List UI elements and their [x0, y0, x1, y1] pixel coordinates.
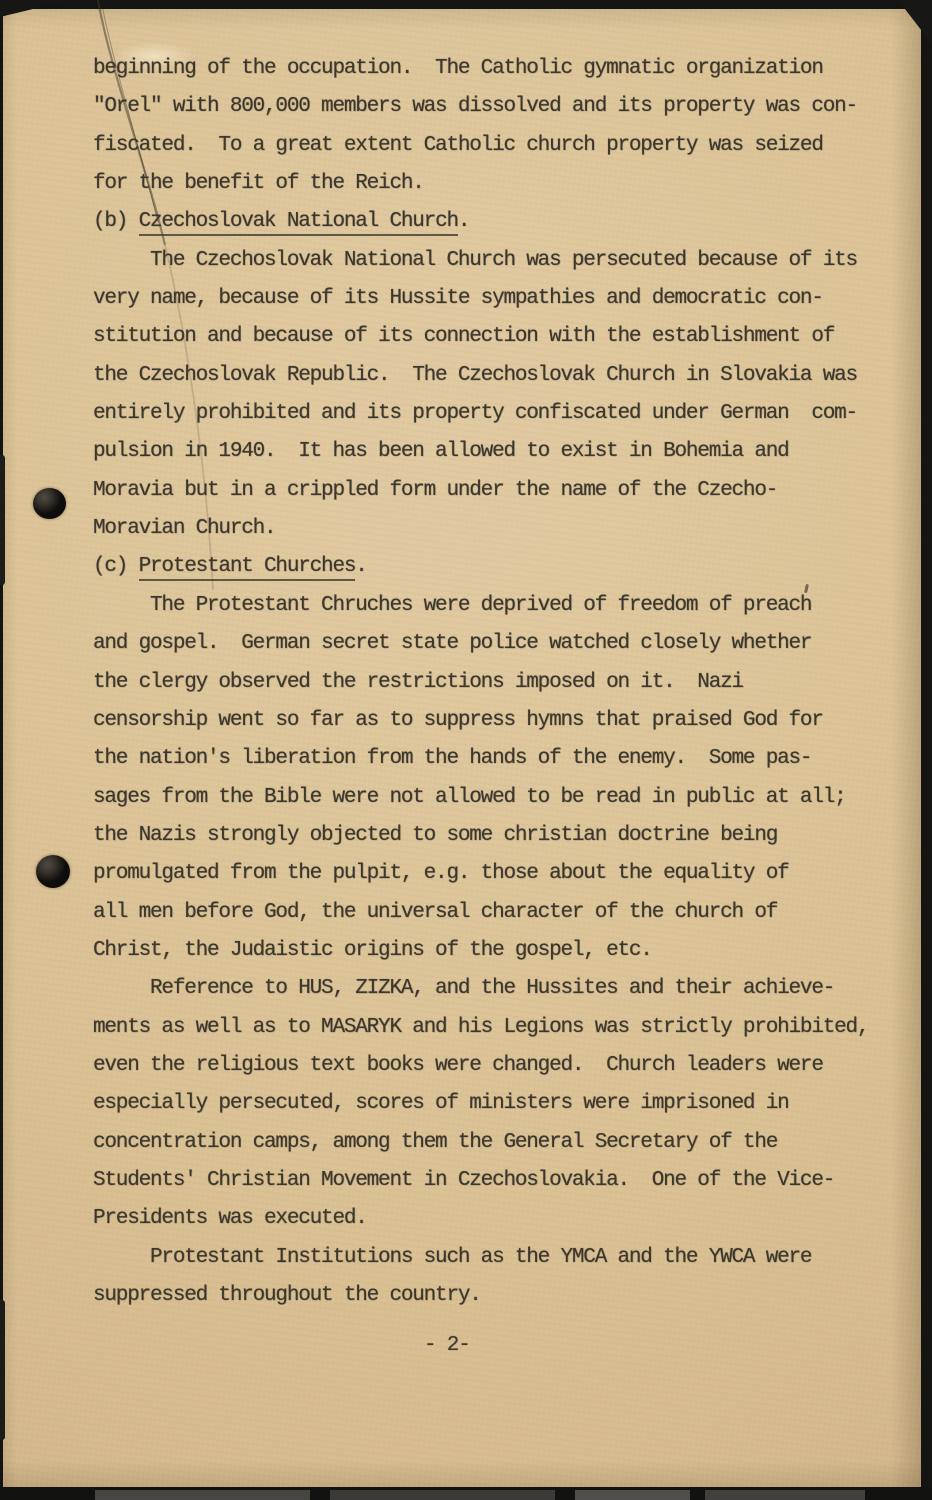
text-line: Christ, the Judaistic origins of the gos…	[93, 932, 883, 970]
text-line: entirely prohibited and its property con…	[93, 395, 883, 433]
scan-edge-top-left	[0, 0, 70, 17]
text-line: promulgated from the pulpit, e.g. those …	[93, 855, 883, 893]
text-line: censorship went so far as to suppress hy…	[93, 702, 883, 740]
text-line: very name, because of its Hussite sympat…	[93, 280, 883, 318]
text-line: even the religious text books were chang…	[93, 1047, 883, 1085]
scan-edge-left	[0, 455, 5, 585]
scan-edge-patch	[705, 1490, 865, 1500]
section-heading: (b) Czechoslovak National Church.	[93, 203, 883, 241]
text-line: the nation's liberation from the hands o…	[93, 740, 883, 778]
page-number: - 2-	[424, 1327, 470, 1365]
text-line: the clergy observed the restrictions imp…	[93, 664, 883, 702]
scan-edge-top-right	[898, 0, 932, 44]
text-line: for the benefit of the Reich.	[93, 165, 883, 203]
text-line: and gospel. German secret state police w…	[93, 625, 883, 663]
text-line: beginning of the occupation. The Catholi…	[93, 50, 883, 88]
text-line: sages from the Bible were not allowed to…	[93, 779, 883, 817]
scan-edge-patch	[95, 1490, 310, 1500]
text-line: ments as well as to MASARYK and his Legi…	[93, 1009, 883, 1047]
text-line: all men before God, the universal charac…	[93, 894, 883, 932]
text-line: Presidents was executed.	[93, 1200, 883, 1238]
text-line: the Nazis strongly objected to some chri…	[93, 817, 883, 855]
section-heading: (c) Protestant Churches.	[93, 548, 883, 586]
scan-edge-bottom	[0, 1487, 932, 1500]
scan-edge-left	[0, 1300, 5, 1440]
text-line: Students' Christian Movement in Czechosl…	[93, 1162, 883, 1200]
punch-hole-bottom	[36, 855, 70, 888]
text-line: especially persecuted, scores of ministe…	[93, 1085, 883, 1123]
text-line: the Czechoslovak Republic. The Czechoslo…	[93, 357, 883, 395]
document-text: beginning of the occupation. The Catholi…	[93, 50, 883, 1315]
text-line: Protestant Institutions such as the YMCA…	[93, 1239, 883, 1277]
text-line: concentration camps, among them the Gene…	[93, 1124, 883, 1162]
text-line: "Orel" with 800,000 members was dissolve…	[93, 88, 883, 126]
punch-hole-top	[33, 488, 66, 519]
text-line: stitution and because of its connection …	[93, 318, 883, 356]
text-line: The Protestant Chruches were deprived of…	[93, 587, 883, 625]
text-line: Moravian Church.	[93, 510, 883, 548]
scan-edge-patch	[330, 1490, 555, 1500]
scan-edge-patch	[575, 1490, 690, 1500]
text-line: The Czechoslovak National Church was per…	[93, 242, 883, 280]
text-line: suppressed throughout the country.	[93, 1277, 883, 1315]
text-line: pulsion in 1940. It has been allowed to …	[93, 433, 883, 471]
scanned-page: beginning of the occupation. The Catholi…	[0, 0, 932, 1500]
text-line: Reference to HUS, ZIZKA, and the Hussite…	[93, 970, 883, 1008]
text-line: fiscated. To a great extent Catholic chu…	[93, 127, 883, 165]
text-line: Moravia but in a crippled form under the…	[93, 472, 883, 510]
